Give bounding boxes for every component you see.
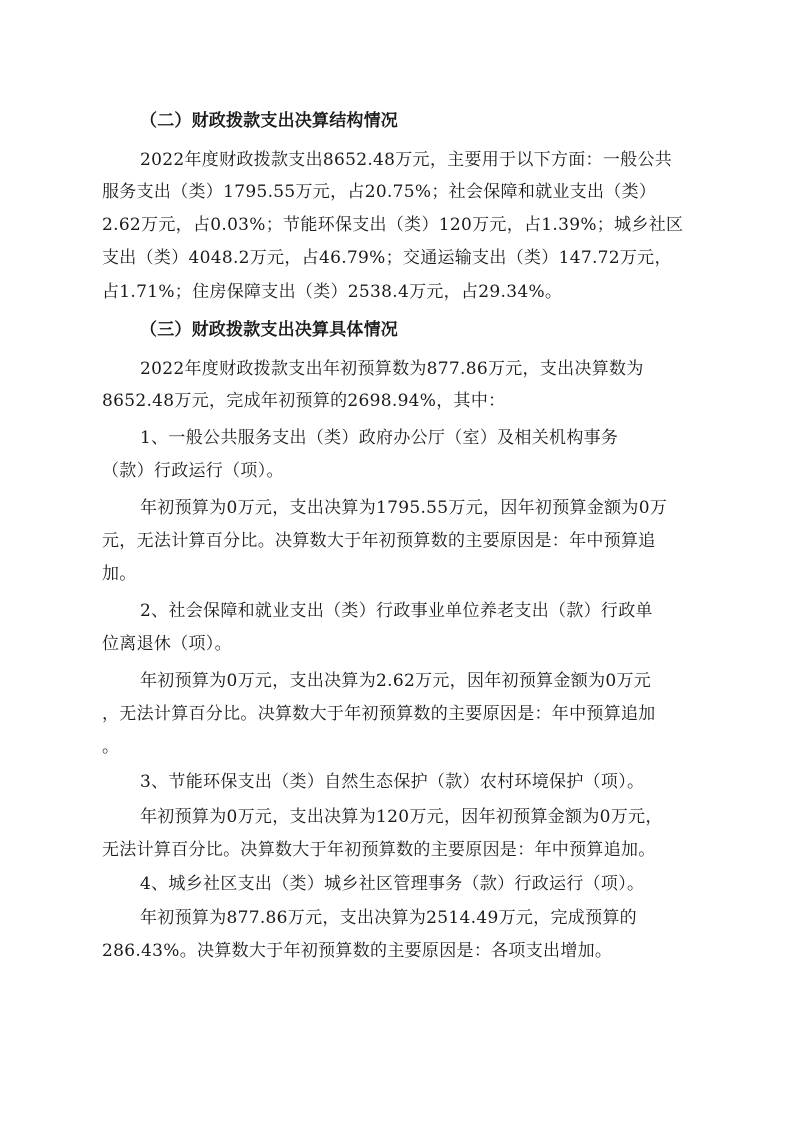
paragraph-line: 2022年度财政拨款支出8652.48万元，主要用于以下方面：一般公共: [140, 150, 672, 170]
section-heading-expenditure-details: （三）财政拨款支出决算具体情况: [140, 320, 398, 340]
item-body-line: 年初预算为0万元，支出决算为1795.55万元，因年初预算金额为0万: [140, 498, 667, 518]
paragraph-line: 8652.48万元，完成年初预算的2698.94%，其中：: [102, 391, 505, 411]
item-body-line: 无法计算百分比。决算数大于年初预算数的主要原因是：年中预算追加。: [102, 840, 656, 860]
item-title-line: （款）行政运行（项）。: [102, 461, 284, 481]
item-body-line: 元，无法计算百分比。决算数大于年初预算数的主要原因是：年中预算追: [102, 531, 656, 551]
item-title-line: 3、节能环保支出（类）自然生态保护（款）农村环境保护（项）。: [140, 772, 644, 792]
item-body-line: ，无法计算百分比。决算数大于年初预算数的主要原因是：年中预算追加: [102, 704, 656, 724]
paragraph-line: 2022年度财政拨款支出年初预算数为877.86万元，支出决算数为: [140, 359, 644, 379]
item-title-line: 位离退休（项）。: [102, 634, 232, 654]
item-title-line: 4、城乡社区支出（类）城乡社区管理事务（款）行政运行（项）。: [140, 874, 644, 894]
item-body-line: 286.43%。决算数大于年初预算数的主要原因是：各项支出增加。: [102, 941, 612, 961]
item-body-line: 。: [102, 737, 119, 757]
item-title-line: 1、一般公共服务支出（类）政府办公厅（室）及相关机构事务: [140, 428, 618, 448]
paragraph-line: 占1.71%；住房保障支出（类）2538.4万元，占29.34%。: [102, 282, 562, 302]
item-title-line: 2、社会保障和就业支出（类）行政事业单位养老支出（款）行政单: [140, 601, 653, 621]
section-heading-expenditure-structure: （二）财政拨款支出决算结构情况: [140, 111, 398, 131]
item-body-line: 年初预算为0万元，支出决算为120万元，因年初预算金额为0万元，: [140, 807, 663, 827]
paragraph-line: 服务支出（类）1795.55万元，占20.75%；社会保障和就业支出（类）: [102, 182, 656, 202]
paragraph-line: 2.62万元，占0.03%；节能环保支出（类）120万元，占1.39%；城乡社区: [102, 215, 683, 235]
item-body-line: 年初预算为877.86万元，支出决算为2514.49万元，完成预算的: [140, 908, 637, 928]
item-body-line: 加。: [102, 564, 137, 584]
document-page: （二）财政拨款支出决算结构情况 2022年度财政拨款支出8652.48万元，主要…: [0, 0, 793, 1122]
paragraph-line: 支出（类）4048.2万元，占46.79%；交通运输支出（类）147.72万元，: [102, 248, 672, 268]
item-body-line: 年初预算为0万元，支出决算为2.62万元，因年初预算金额为0万元: [140, 671, 651, 691]
